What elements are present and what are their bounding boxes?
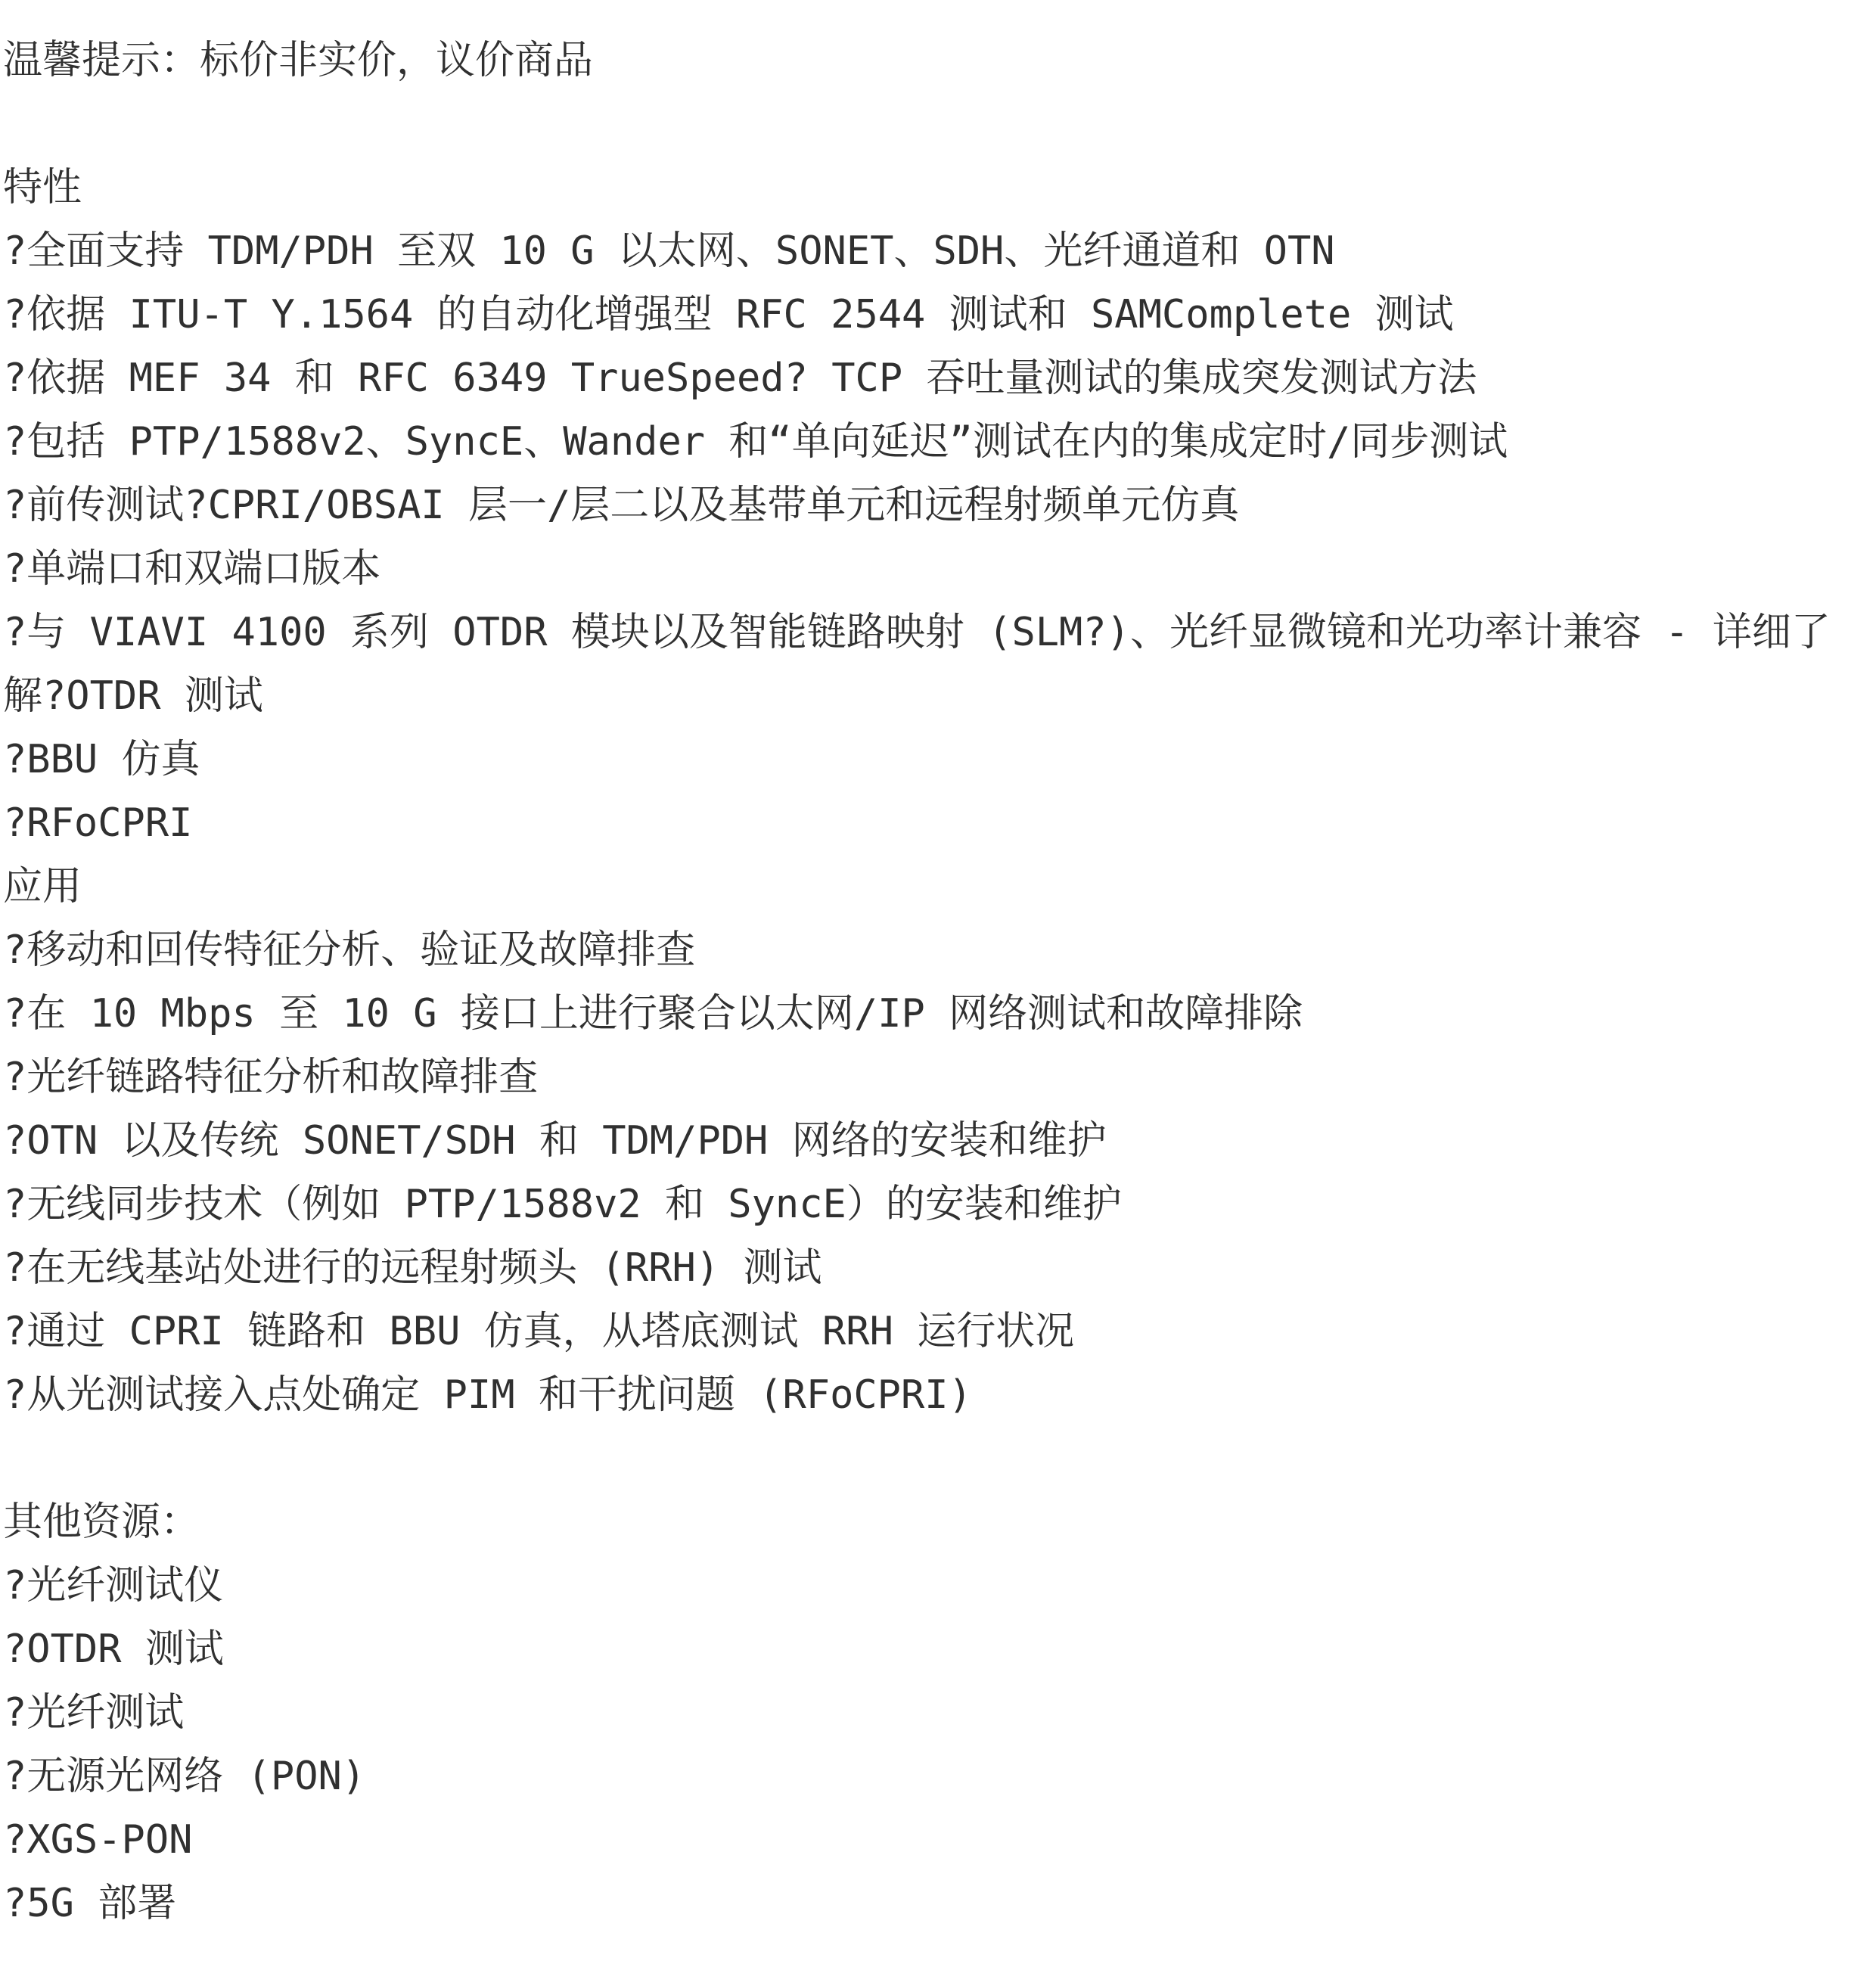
- text-line: ?依据 MEF 34 和 RFC 6349 TrueSpeed? TCP 吞吐量…: [3, 346, 1871, 410]
- text-line: 解?OTDR 测试: [3, 664, 1871, 728]
- section-heading: 应用: [3, 855, 1871, 918]
- text-line: ?无源光网络 (PON): [3, 1745, 1871, 1808]
- product-description-document: 温馨提示：标价非实价，议价商品特性?全面支持 TDM/PDH 至双 10 G 以…: [0, 0, 1876, 1967]
- section-heading: 其他资源：: [3, 1490, 1871, 1554]
- text-line: ?无线同步技术（例如 PTP/1588v2 和 SyncE）的安装和维护: [3, 1173, 1871, 1236]
- text-line: ?包括 PTP/1588v2、SyncE、Wander 和“单向延迟”测试在内的…: [3, 410, 1871, 474]
- text-line: ?全面支持 TDM/PDH 至双 10 G 以太网、SONET、SDH、光纤通道…: [3, 219, 1871, 283]
- blank-line: [3, 1427, 1871, 1490]
- blank-line: [3, 92, 1871, 156]
- section-heading: 特性: [3, 156, 1871, 219]
- text-line: ?从光测试接入点处确定 PIM 和干扰问题 (RFoCPRI): [3, 1363, 1871, 1427]
- text-line: ?OTDR 测试: [3, 1617, 1871, 1681]
- text-line: ?光纤链路特征分析和故障排查: [3, 1046, 1871, 1109]
- text-line: ?单端口和双端口版本: [3, 537, 1871, 601]
- text-line: ?BBU 仿真: [3, 728, 1871, 791]
- text-line: ?光纤测试: [3, 1681, 1871, 1745]
- text-line: ?RFoCPRI: [3, 791, 1871, 855]
- text-line: ?与 VIAVI 4100 系列 OTDR 模块以及智能链路映射 (SLM?)、…: [3, 601, 1871, 664]
- text-line: ?前传测试?CPRI/OBSAI 层一/层二以及基带单元和远程射频单元仿真: [3, 474, 1871, 537]
- text-line: ?在 10 Mbps 至 10 G 接口上进行聚合以太网/IP 网络测试和故障排…: [3, 982, 1871, 1046]
- text-line: ?OTN 以及传统 SONET/SDH 和 TDM/PDH 网络的安装和维护: [3, 1109, 1871, 1173]
- text-line: ?5G 部署: [3, 1872, 1871, 1935]
- notice-line: 温馨提示：标价非实价，议价商品: [3, 29, 1871, 92]
- text-line: ?依据 ITU-T Y.1564 的自动化增强型 RFC 2544 测试和 SA…: [3, 283, 1871, 346]
- text-line: ?移动和回传特征分析、验证及故障排查: [3, 918, 1871, 982]
- text-line: ?在无线基站处进行的远程射频头 (RRH) 测试: [3, 1236, 1871, 1300]
- text-line: ?XGS-PON: [3, 1808, 1871, 1872]
- text-line: ?通过 CPRI 链路和 BBU 仿真，从塔底测试 RRH 运行状况: [3, 1300, 1871, 1363]
- text-line: ?光纤测试仪: [3, 1554, 1871, 1617]
